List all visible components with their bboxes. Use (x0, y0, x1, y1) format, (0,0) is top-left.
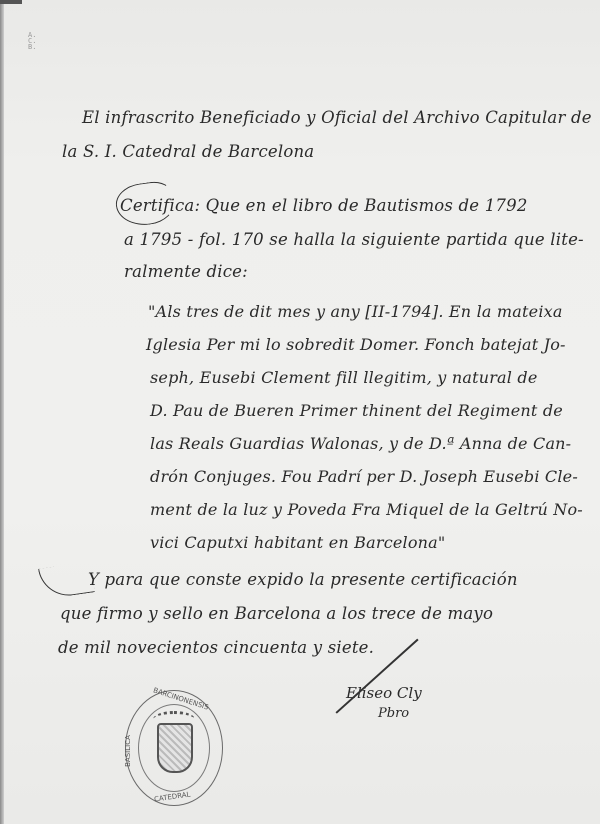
scan-edge-left (0, 0, 4, 824)
margin-note: A.C.B. (28, 32, 34, 50)
quote-line-1: "Als tres de dit mes y any [II-1794]. En… (148, 302, 563, 321)
quote-line-8: vici Caputxi habitant en Barcelona" (150, 533, 445, 552)
quote-line-6: drón Conjuges. Fou Padrí per D. Joseph E… (150, 467, 578, 486)
seal-text-left: BASILICA (124, 735, 132, 767)
seal-text: BARCINONENSIS BASILICA CATEDRAL (126, 691, 222, 805)
certifies-line-2: a 1795 - fol. 170 se halla la siguiente … (124, 230, 584, 249)
decorative-swash (38, 561, 95, 599)
closing-line-1: Y para que conste expido la presente cer… (88, 570, 518, 589)
quote-line-3: seph, Eusebi Clement fill llegitim, y na… (150, 368, 538, 387)
quote-line-5: las Reals Guardias Walonas, y de D.ª Ann… (150, 434, 571, 453)
quote-line-2: Iglesia Per mi lo sobredit Domer. Fonch … (146, 335, 566, 354)
quote-line-7: ment de la luz y Poveda Fra Miquel de la… (150, 500, 583, 519)
document-page: A.C.B. El infrascrito Beneficiado y Ofic… (0, 0, 600, 824)
archive-seal: BARCINONENSIS BASILICA CATEDRAL (125, 690, 223, 806)
closing-line-3: de mil novecientos cincuenta y siete. (58, 638, 374, 657)
seal-text-top: BARCINONENSIS (152, 686, 209, 711)
certifies-line-1: Certifica: Que en el libro de Bautismos … (120, 196, 528, 215)
scan-edge-top (0, 0, 22, 4)
quote-line-4: D. Pau de Bueren Primer thinent del Regi… (150, 401, 563, 420)
header-line-2: la S. I. Catedral de Barcelona (62, 142, 314, 161)
header-line-1: El infrascrito Beneficiado y Oficial del… (82, 108, 592, 127)
signature-title: Pbro (378, 706, 409, 721)
certifies-line-3: ralmente dice: (124, 262, 248, 281)
closing-line-2: que firmo y sello en Barcelona a los tre… (60, 604, 493, 623)
seal-text-bottom: CATEDRAL (154, 790, 191, 803)
